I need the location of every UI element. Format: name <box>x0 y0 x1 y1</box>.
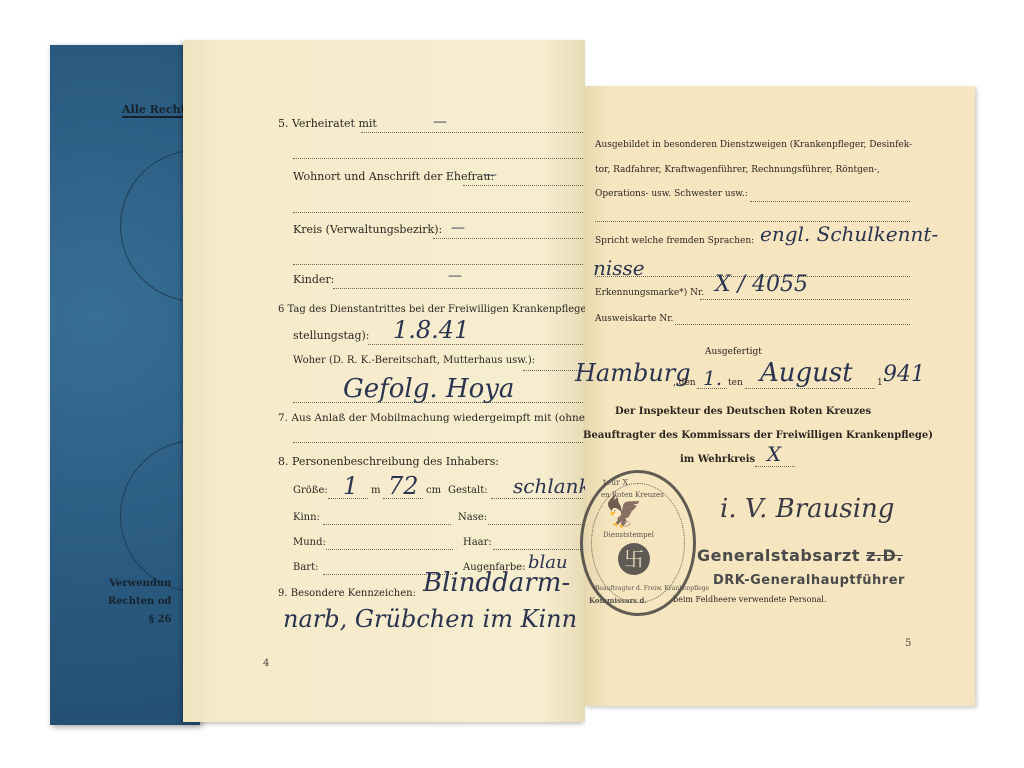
field-line <box>368 344 583 345</box>
year-prefix: 1 <box>877 378 883 388</box>
rank-line1: Generalstabsarzt z.D. <box>697 546 903 565</box>
den-label: , den <box>673 378 696 388</box>
training-label-line2: tor, Radfahrer, Kraftwagenführer, Rechnu… <box>595 165 880 175</box>
item9-value-line2: narb, Grübchen im Kinn <box>283 605 577 633</box>
height-label: Größe: <box>293 485 328 496</box>
origin-value: Gefolg. Hoya <box>343 374 514 404</box>
build-label: Gestalt: <box>448 485 488 496</box>
cover-footer: Verwendun Rechten od § 26 <box>108 575 171 629</box>
beard-label: Bart: <box>293 562 318 573</box>
height-m-value: 1 <box>343 472 358 500</box>
field-line <box>463 185 583 186</box>
training-label-line3: Operations- usw. Schwester usw.: <box>595 189 748 199</box>
official-stamp: teur X en Roten Kreuzes 🦅 Dienststempel … <box>580 470 696 616</box>
item6-label: 6 Tag des Dienstantrittes bei der Freiwi… <box>278 304 586 315</box>
item6-label-line2: stellungstag): <box>293 329 369 342</box>
field-line <box>293 212 583 213</box>
item7-label: 7. Aus Anlaß der Mobilmachung wiedergeim… <box>278 412 619 424</box>
field-line <box>333 288 583 289</box>
hair-label: Haar: <box>463 537 492 548</box>
field-line <box>745 388 875 389</box>
page-number-right: 5 <box>905 638 911 649</box>
children-value: — <box>448 268 462 284</box>
build-value: schlank <box>513 474 591 498</box>
id-tag-label: Erkennungsmarke*) Nr. <box>595 288 704 298</box>
cover-heading: Alle Recht <box>122 103 186 118</box>
swastika-emblem-icon: 卐 <box>618 543 650 575</box>
rank-line2: DRK-Generalhauptführer <box>713 573 905 588</box>
eagle-emblem-icon: 🦅 <box>605 495 642 530</box>
item8-label: 8. Personenbeschreibung des Inhabers: <box>278 455 499 468</box>
field-line <box>293 264 583 265</box>
spouse-address-label: Wohnort und Anschrift der Ehefrau: <box>293 170 494 183</box>
month-value: August <box>760 358 853 388</box>
field-line <box>361 132 583 133</box>
rank-title: Generalstabsarzt <box>697 546 860 565</box>
service-start-date: 1.8.41 <box>393 316 469 344</box>
languages-label: Spricht welche fremden Sprachen: <box>595 236 754 246</box>
chin-label: Kinn: <box>293 512 320 523</box>
mouth-label: Mund: <box>293 537 326 548</box>
signature: i. V. Brausing <box>720 494 894 524</box>
day-value: 1. <box>703 366 722 390</box>
m-label: m <box>371 485 380 496</box>
field-line <box>700 299 910 300</box>
id-tag-value: X / 4055 <box>715 272 808 297</box>
id-card-label: Ausweiskarte Nr. <box>595 314 673 324</box>
inspector-line1: Der Inspekteur des Deutschen Roten Kreuz… <box>615 406 871 417</box>
height-cm-value: 72 <box>388 472 419 500</box>
cm-label: cm <box>426 485 441 496</box>
field-line <box>491 498 583 499</box>
district-value: — <box>451 220 465 236</box>
children-label: Kinder: <box>293 273 334 286</box>
nose-label: Nase: <box>458 512 487 523</box>
training-label-line1: Ausgebildet in besonderen Dienstzweigen … <box>595 140 912 150</box>
item5-married-label: 5. Verheiratet mit <box>278 117 377 130</box>
field-line <box>326 549 453 550</box>
footnote: beim Feldheere verwendete Personal. <box>673 595 826 604</box>
year-value: 941 <box>883 362 925 387</box>
field-line <box>433 238 583 239</box>
stamp-bottom-text: Beauftragter d. Freiw. Krankenpflege <box>595 585 709 592</box>
item9-value-line1: Blinddarm- <box>423 568 570 598</box>
origin-label: Woher (D. R. K.-Bereitschaft, Mutterhaus… <box>293 355 535 366</box>
booklet-cover: Alle Recht Verwendun Rechten od § 26 <box>50 45 200 725</box>
rank-struck-text: z.D. <box>866 546 903 565</box>
military-district-value: X <box>767 442 781 466</box>
field-line <box>675 324 910 325</box>
stamp-top-text: teur X <box>603 478 628 487</box>
languages-value-line1: engl. Schulkennt- <box>760 222 938 246</box>
item5-married-value: — <box>433 114 447 130</box>
ten-label: ten <box>728 378 743 388</box>
item9-label: 9. Besondere Kennzeichen: <box>278 588 416 599</box>
military-district-label: im Wehrkreis <box>680 454 755 465</box>
left-page: 5. Verheiratet mit — Wohnort und Anschri… <box>183 40 585 722</box>
district-label: Kreis (Verwaltungsbezirk): <box>293 223 442 236</box>
field-line <box>293 158 583 159</box>
stamp-bottom-text2: Kommissars d. <box>589 596 647 605</box>
stamp-center-text: Dienststempel <box>603 531 654 539</box>
field-line <box>323 524 451 525</box>
field-line <box>293 442 583 443</box>
field-line <box>493 549 583 550</box>
field-line <box>750 201 910 202</box>
spouse-address-value: — <box>483 167 497 183</box>
field-line <box>488 524 583 525</box>
issued-label: Ausgefertigt <box>705 347 762 357</box>
field-line <box>755 466 795 467</box>
page-number-left: 4 <box>263 658 269 669</box>
inspector-line2: Beauftragter des Kommissars der Freiwill… <box>583 430 933 441</box>
field-line <box>523 370 583 371</box>
